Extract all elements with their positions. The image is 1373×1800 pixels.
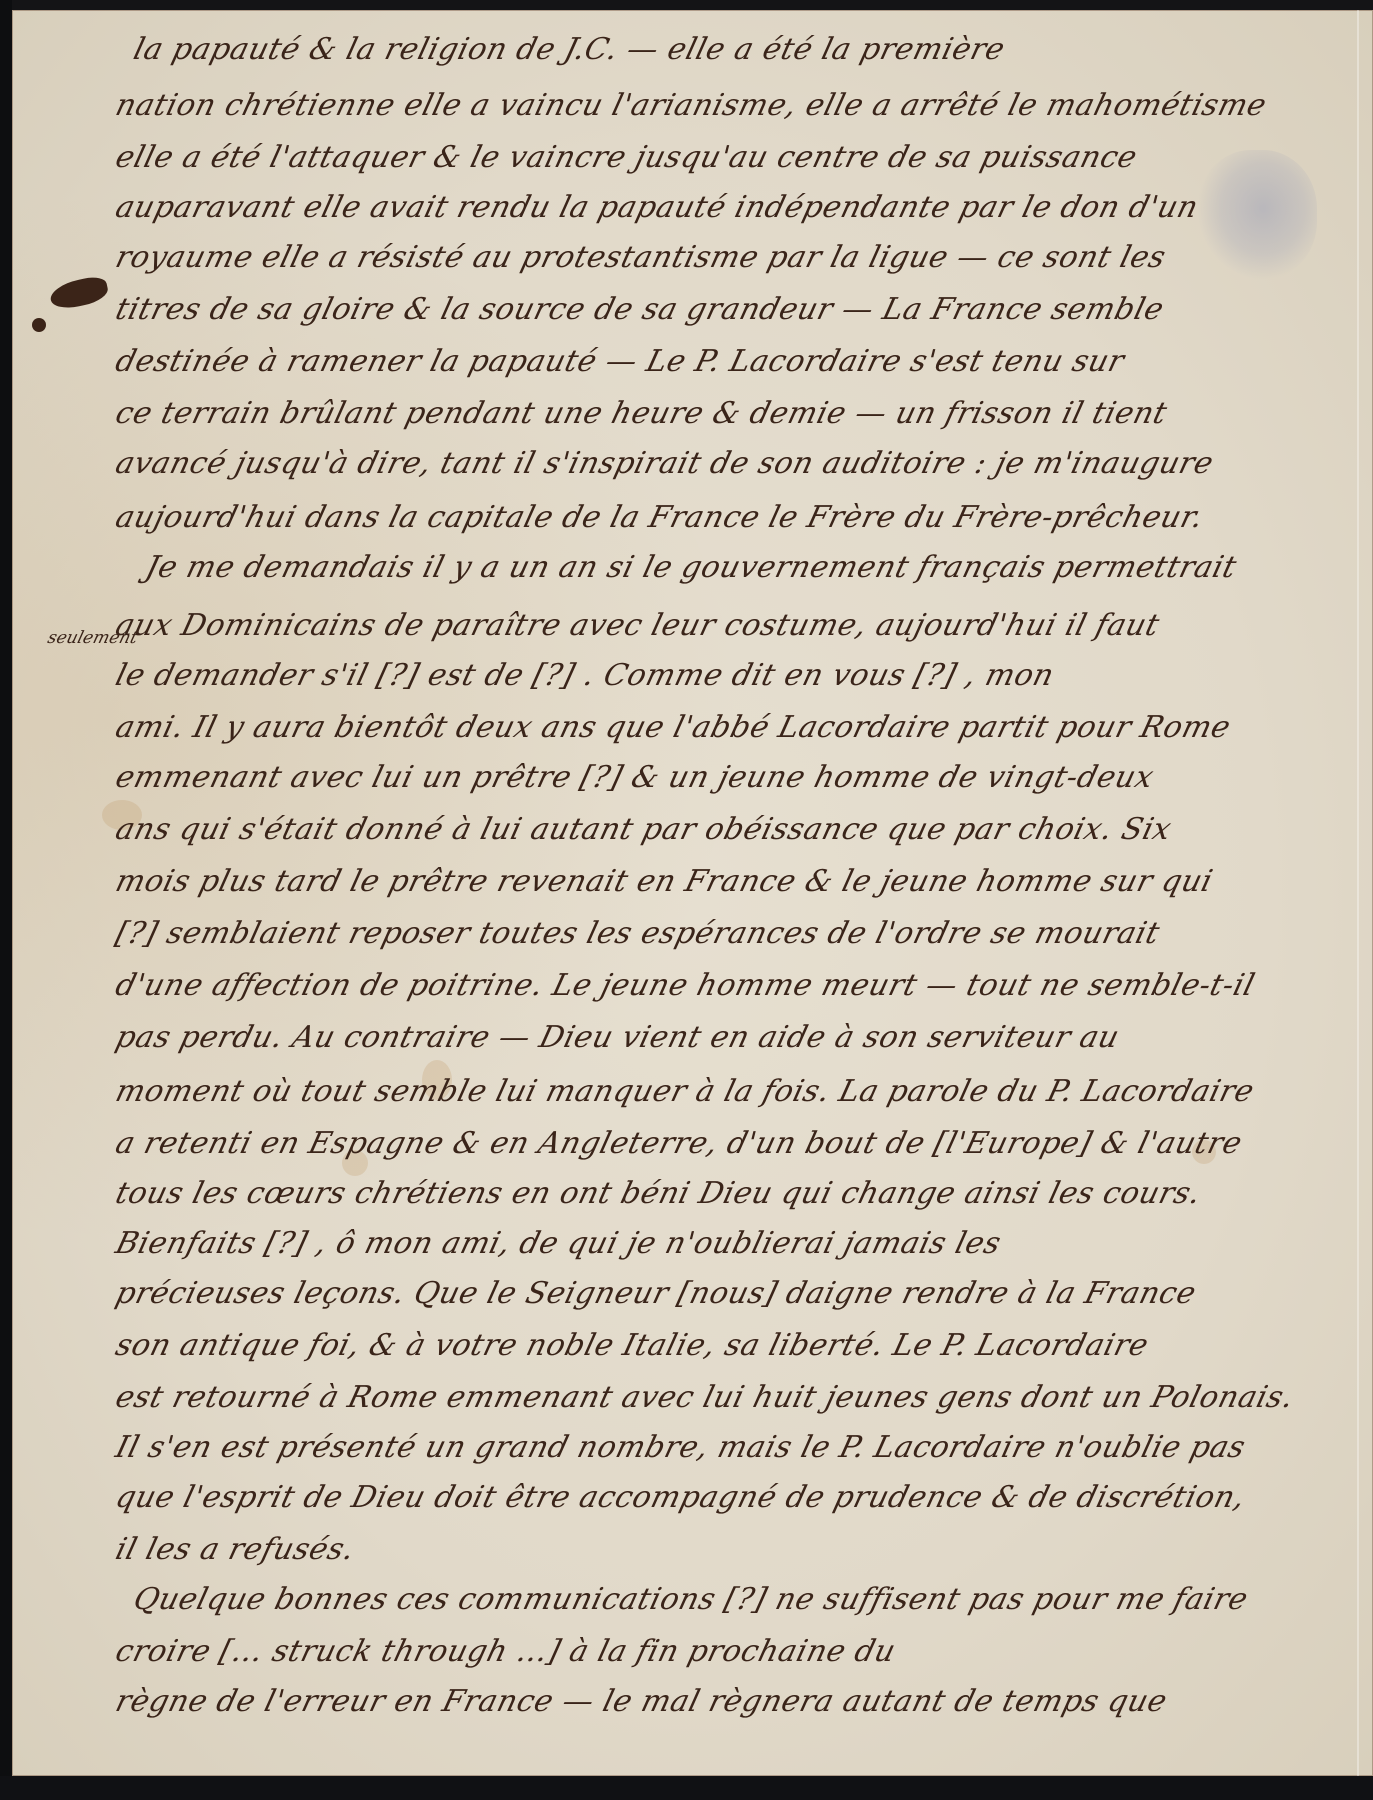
manuscript-page: seulement la papauté & la religion de J.… (12, 10, 1373, 1776)
manuscript-line: mois plus tard le prêtre revenait en Fra… (112, 864, 1216, 899)
manuscript-line: aujourd'hui dans la capitale de la Franc… (112, 500, 1207, 535)
manuscript-line: elle a été l'attaquer & le vaincre jusqu… (112, 140, 1141, 175)
manuscript-line: titres de sa gloire & la source de sa gr… (112, 292, 1168, 327)
manuscript-line: il les a refusés. (112, 1532, 358, 1567)
manuscript-line: aux Dominicains de paraître avec leur co… (112, 608, 1163, 643)
manuscript-line: moment où tout semble lui manquer à la f… (112, 1074, 1258, 1109)
manuscript-line: ami. Il y aura bientôt deux ans que l'ab… (112, 710, 1234, 745)
manuscript-line: est retourné à Rome emmenant avec lui hu… (112, 1380, 1297, 1415)
manuscript-line: avancé jusqu'à dire, tant il s'inspirait… (112, 446, 1217, 481)
manuscript-line: que l'esprit de Dieu doit être accompagn… (112, 1480, 1249, 1515)
manuscript-line: nation chrétienne elle a vaincu l'ariani… (112, 88, 1270, 123)
manuscript-line: royaume elle a résisté au protestantisme… (112, 240, 1169, 275)
ink-drop (32, 318, 46, 332)
dark-backing-top (0, 0, 1373, 10)
dark-backing-bottom (0, 1776, 1373, 1800)
manuscript-line: emmenant avec lui un prêtre [?] & un jeu… (112, 760, 1157, 795)
manuscript-line: tous les cœurs chrétiens en ont béni Die… (112, 1176, 1205, 1211)
paper-fold-crease (1357, 10, 1359, 1776)
manuscript-line: règne de l'erreur en France — le mal règ… (112, 1684, 1171, 1719)
manuscript-line: destinée à ramener la papauté — Le P. La… (112, 344, 1128, 379)
manuscript-line: Bienfaits [?] , ô mon ami, de qui je n'o… (112, 1226, 1005, 1261)
manuscript-line: le demander s'il [?] est de [?] . Comme … (112, 658, 1058, 693)
dark-backing-left (0, 0, 12, 1800)
manuscript-line: ans qui s'était donné à lui autant par o… (112, 812, 1175, 847)
manuscript-line: auparavant elle avait rendu la papauté i… (112, 190, 1202, 225)
faint-blue-stamp (1197, 150, 1317, 280)
manuscript-line: pas perdu. Au contraire — Dieu vient en … (112, 1020, 1123, 1055)
manuscript-line: croire [… struck through …] à la fin pro… (112, 1634, 899, 1669)
ink-blot (48, 274, 110, 311)
manuscript-line: Quelque bonnes ces communications [?] ne… (130, 1582, 1252, 1617)
manuscript-line: Il s'en est présenté un grand nombre, ma… (112, 1430, 1249, 1465)
manuscript-line: son antique foi, & à votre noble Italie,… (112, 1328, 1152, 1363)
manuscript-line: précieuses leçons. Que le Seigneur [nous… (112, 1276, 1200, 1311)
manuscript-line: a retenti en Espagne & en Angleterre, d'… (112, 1126, 1246, 1161)
manuscript-line: d'une affection de poitrine. Le jeune ho… (112, 968, 1258, 1003)
manuscript-line: la papauté & la religion de J.C. — elle … (130, 32, 1009, 67)
manuscript-line: Je me demandais il y a un an si le gouve… (142, 550, 1240, 585)
manuscript-line: [?] semblaient reposer toutes les espéra… (112, 916, 1163, 951)
manuscript-line: ce terrain brûlant pendant une heure & d… (112, 396, 1171, 431)
